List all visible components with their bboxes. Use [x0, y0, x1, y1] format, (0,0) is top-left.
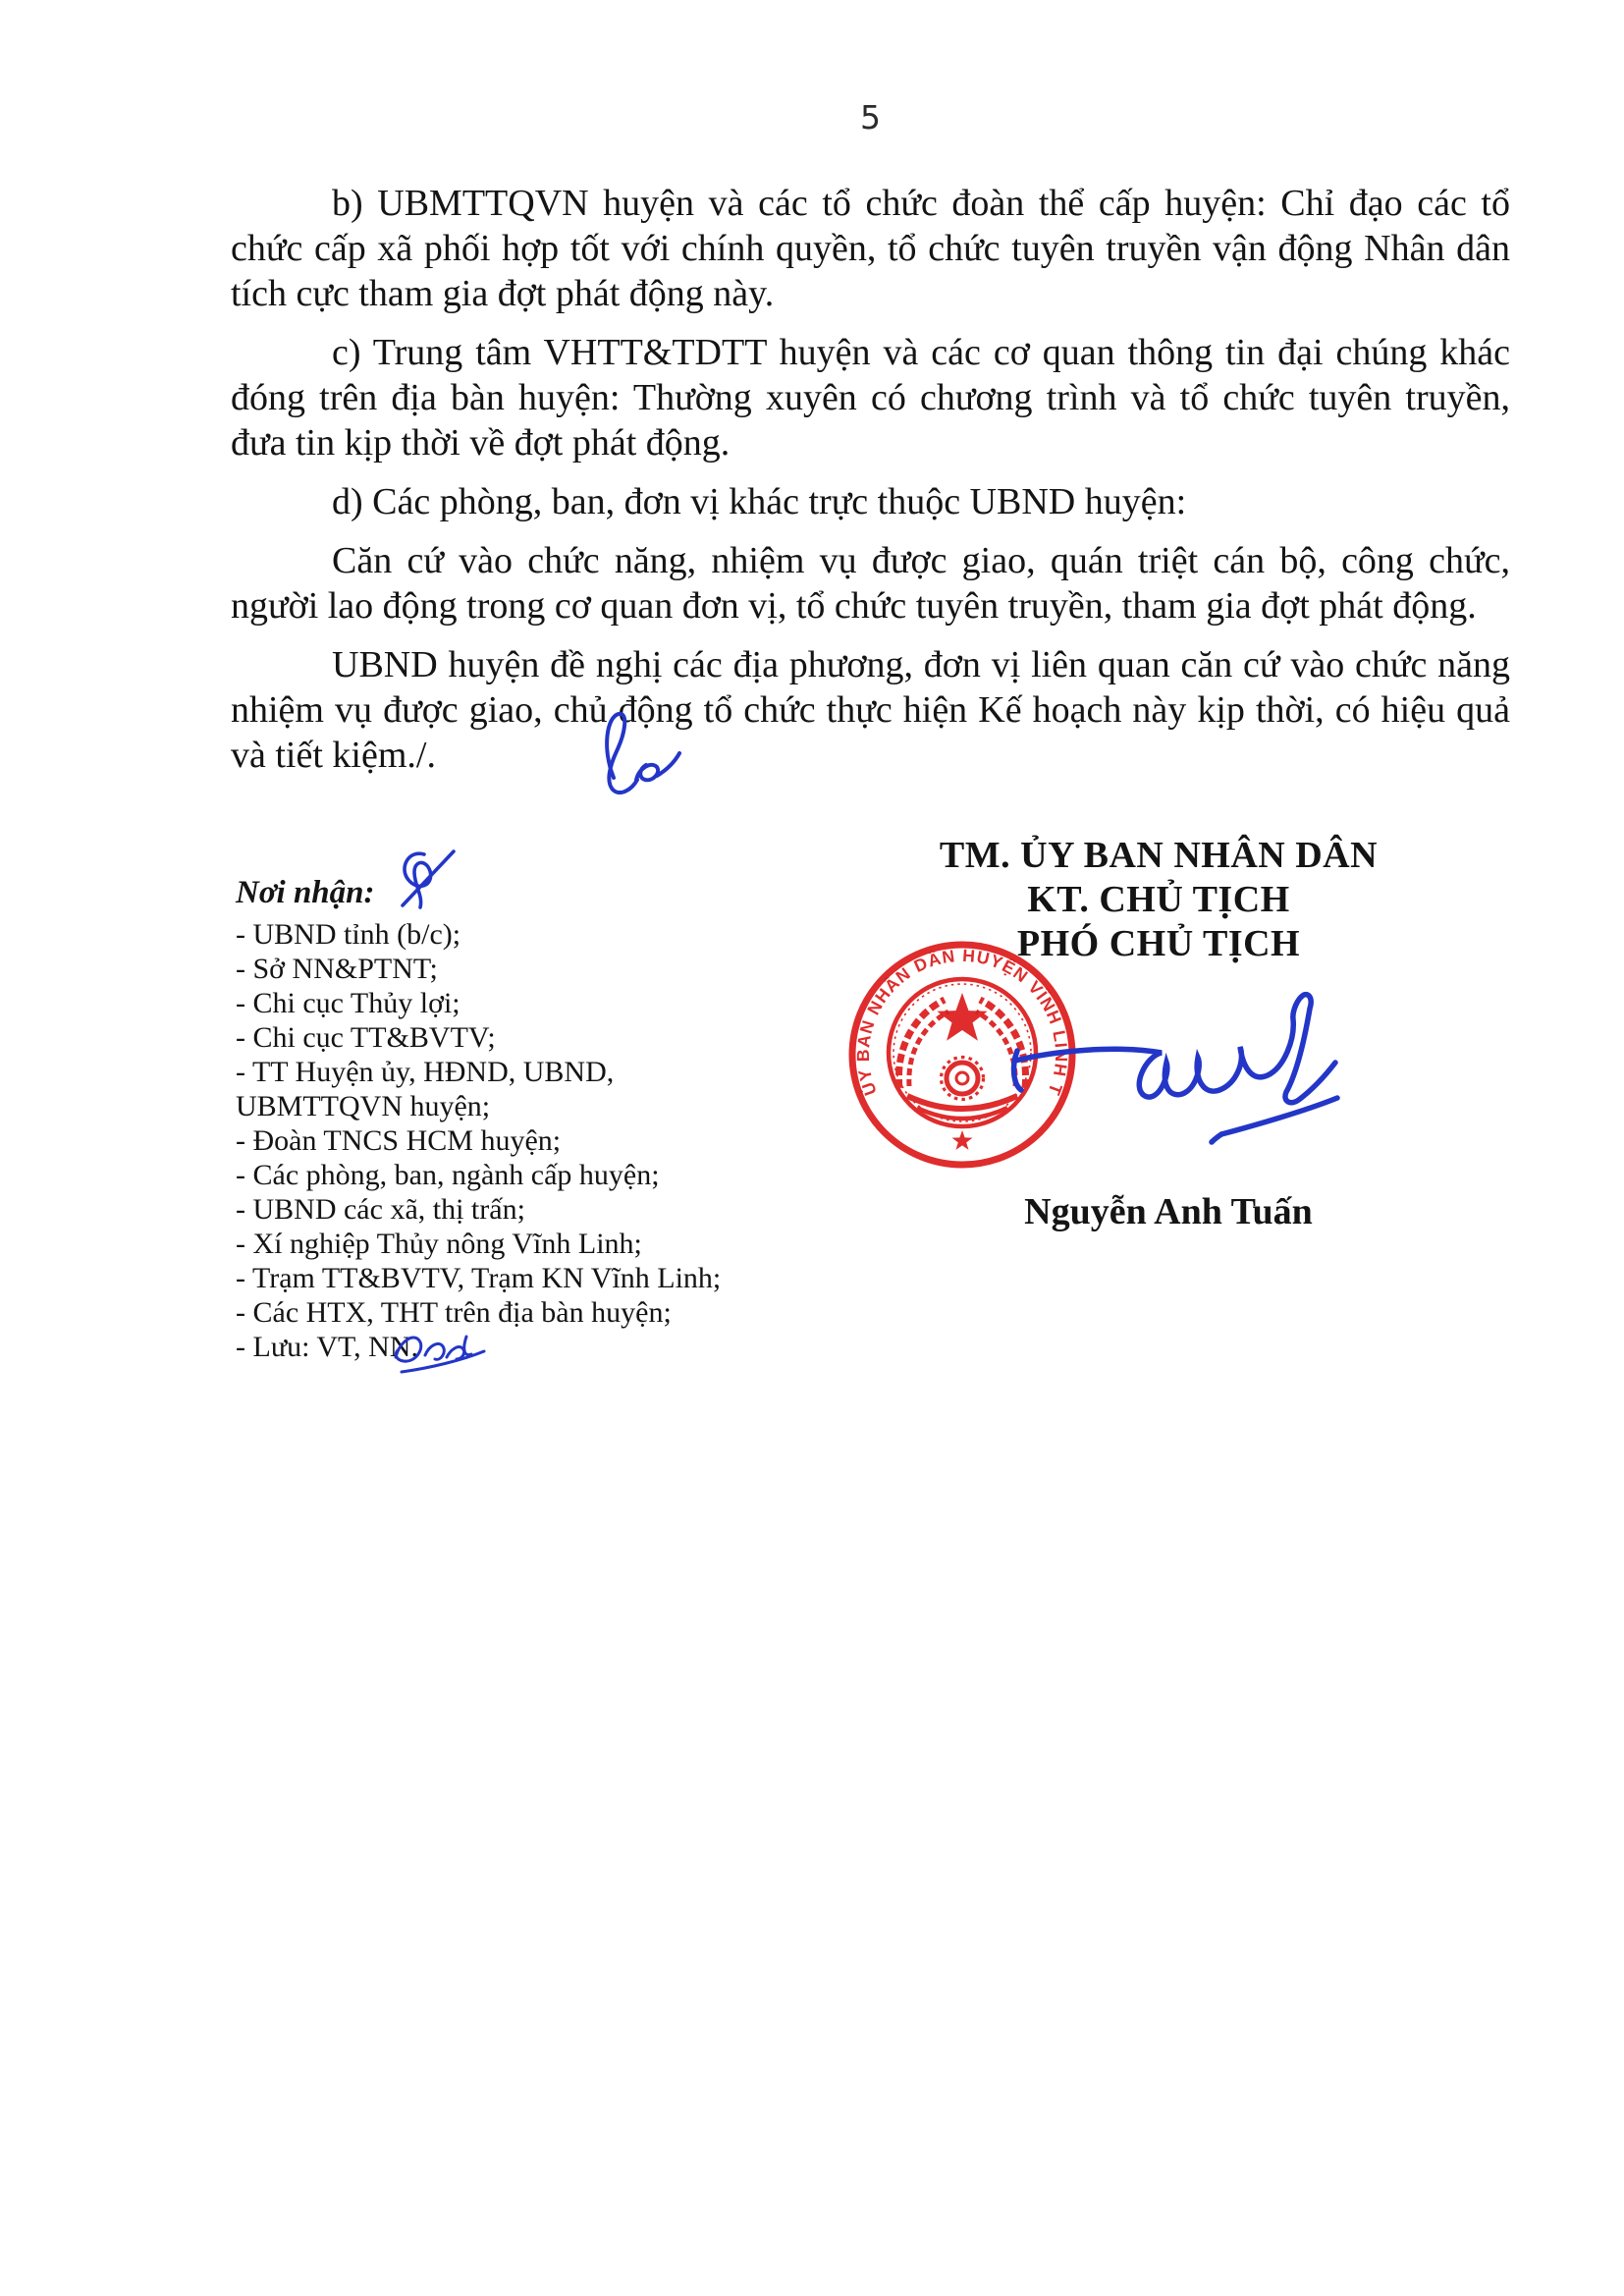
- page-number: 5: [231, 98, 1510, 137]
- body-paragraph: UBND huyện đề nghị các địa phương, đơn v…: [231, 642, 1510, 778]
- recipient-item: - Các phòng, ban, ngành cấp huyện;: [236, 1158, 805, 1192]
- recipient-item: - TT Huyện ủy, HĐND, UBND,: [236, 1055, 805, 1089]
- closing-pen-flourish-icon: [574, 707, 682, 799]
- recipients-label: Nơi nhận:: [236, 876, 805, 910]
- recipient-item: - Sở NN&PTNT;: [236, 952, 805, 986]
- body-paragraph: b) UBMTTQVN huyện và các tổ chức đoàn th…: [231, 181, 1510, 316]
- recipient-item: - UBND các xã, thị trấn;: [236, 1192, 805, 1227]
- recipient-item: - Các HTX, THT trên địa bàn huyện;: [236, 1295, 805, 1330]
- clerk-initials-icon: [386, 1324, 492, 1377]
- signature-stroke-icon: [1001, 982, 1367, 1193]
- recipient-item: - Đoàn TNCS HCM huyện;: [236, 1123, 805, 1158]
- body-paragraphs: b) UBMTTQVN huyện và các tổ chức đoàn th…: [231, 181, 1510, 792]
- body-paragraph: c) Trung tâm VHTT&TDTT huyện và các cơ q…: [231, 330, 1510, 465]
- body-paragraph: Căn cứ vào chức năng, nhiệm vụ được giao…: [231, 538, 1510, 629]
- signature-org-line: TM. ỦY BAN NHÂN DÂN: [923, 834, 1394, 878]
- recipient-item: - Lưu: VT, NN.: [236, 1330, 805, 1364]
- signer-name: Nguyễn Anh Tuấn: [972, 1190, 1365, 1233]
- recipient-item: - Trạm TT&BVTV, Trạm KN Vĩnh Linh;: [236, 1261, 805, 1295]
- recipient-item: - UBND tỉnh (b/c);: [236, 917, 805, 952]
- recipient-item: - Xí nghiệp Thủy nông Vĩnh Linh;: [236, 1227, 805, 1261]
- initials-paraph-icon: [391, 845, 463, 917]
- recipients-list: - UBND tỉnh (b/c);- Sở NN&PTNT;- Chi cục…: [236, 917, 805, 1364]
- recipient-item: - Chi cục TT&BVTV;: [236, 1020, 805, 1055]
- signature-authority-line: KT. CHỦ TỊCH: [923, 878, 1394, 922]
- recipients-block: Nơi nhận: - UBND tỉnh (b/c);- Sở NN&PTNT…: [236, 876, 805, 1364]
- seal-bottom-star-icon: [952, 1130, 973, 1150]
- recipient-item: - Chi cục Thủy lợi;: [236, 986, 805, 1020]
- document-page: 5 b) UBMTTQVN huyện và các tổ chức đoàn …: [0, 0, 1624, 2296]
- body-paragraph: d) Các phòng, ban, đơn vị khác trực thuộ…: [231, 479, 1510, 524]
- recipient-item: UBMTTQVN huyện;: [236, 1089, 805, 1123]
